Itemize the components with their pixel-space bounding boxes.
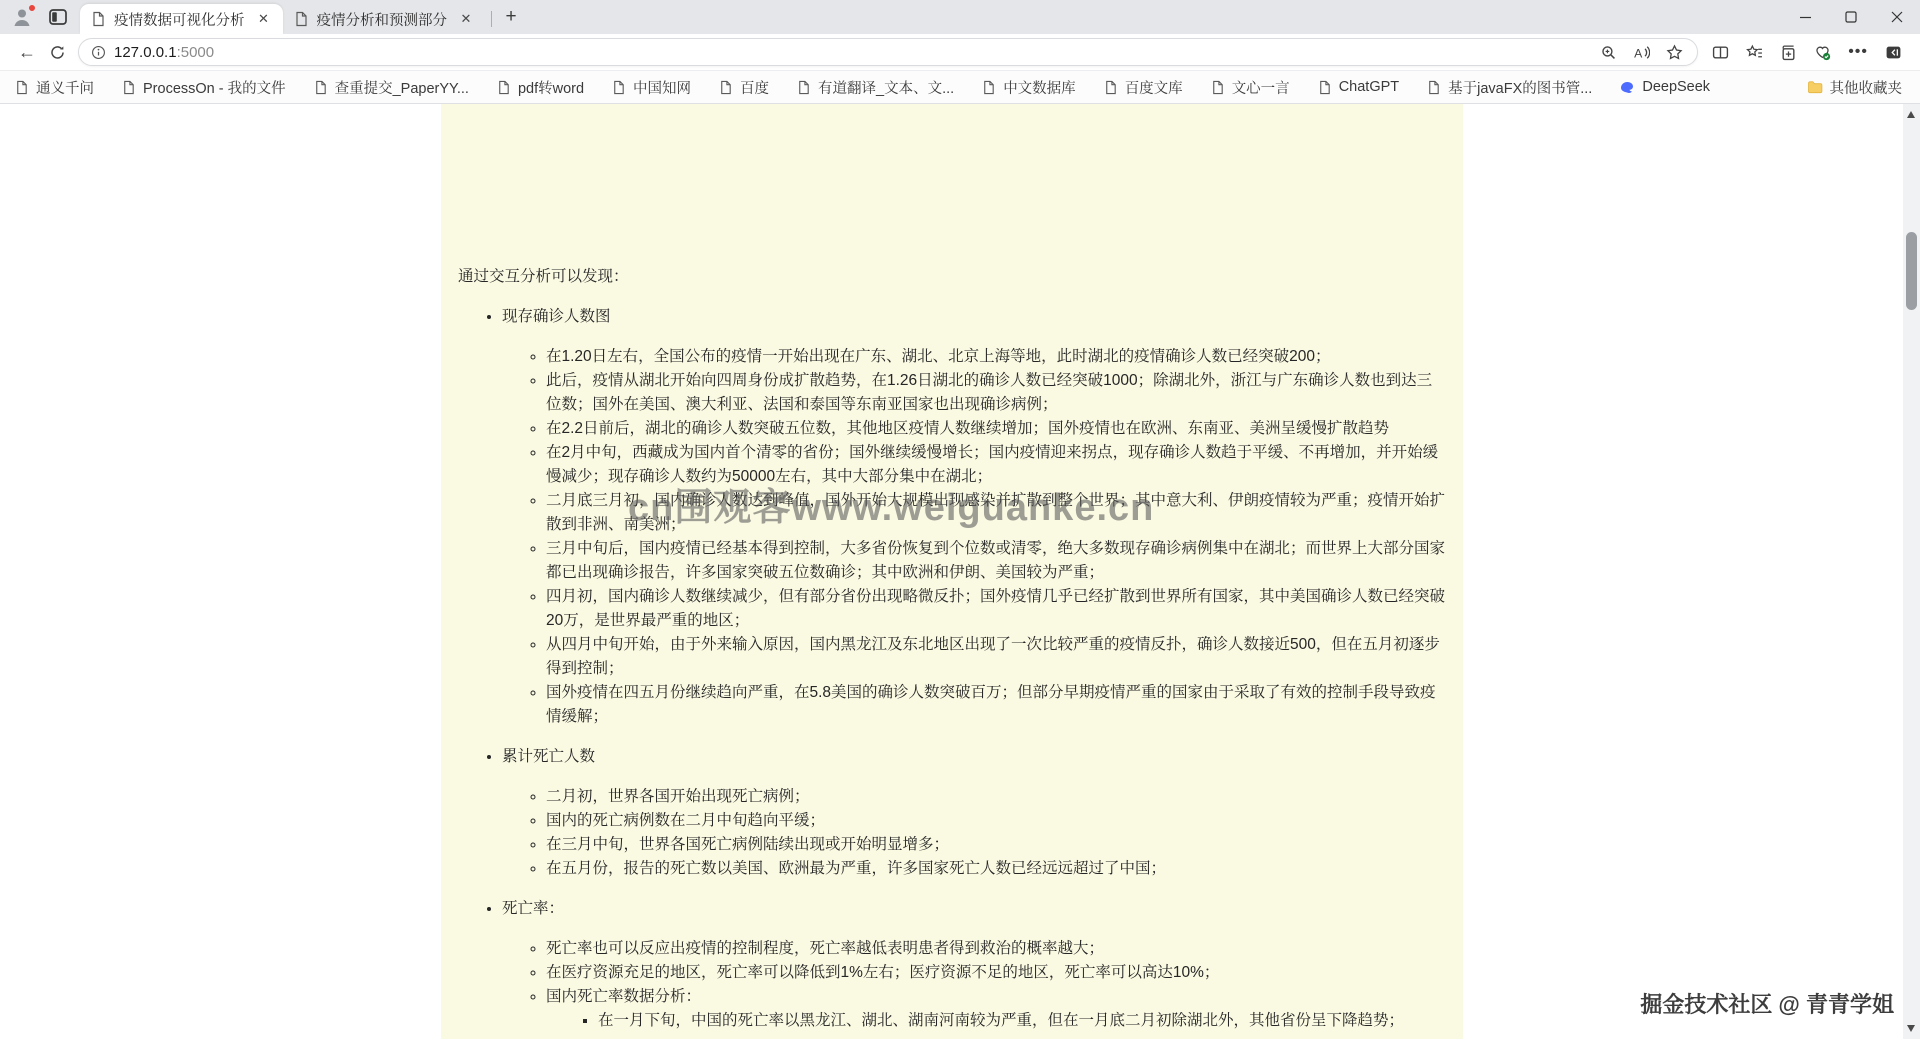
bookmark-label: ProcessOn - 我的文件 <box>143 77 286 98</box>
list-item: 三月中旬后，国内疫情已经基本得到控制，大多省份恢复到个位数或清零，绝大多数现存确… <box>546 537 1445 585</box>
deepseek-icon <box>1619 79 1635 95</box>
list-item: 在1.20日左右，全国公布的疫情一开始出现在广东、湖北、北京上海等地，此时湖北的… <box>546 345 1445 369</box>
browser-essentials-icon[interactable] <box>1814 44 1831 61</box>
list-item: 在医疗资源充足的地区，死亡率可以降低到1%左右；医疗资源不足的地区，死亡率可以高… <box>546 961 1445 985</box>
page-icon <box>496 80 511 95</box>
notification-dot <box>28 4 36 12</box>
refresh-icon <box>49 44 66 61</box>
page-icon <box>1103 80 1118 95</box>
bookmark-item[interactable]: 中国知网 <box>611 77 691 98</box>
document-sheet: 通过交互分析可以发现： 现存确诊人数图在1.20日左右，全国公布的疫情一开始出现… <box>441 104 1463 1039</box>
bookmark-label: 查重提交_PaperYY... <box>335 77 469 98</box>
list-item: 在五月份，报告的死亡数以美国、欧洲最为严重，许多国家死亡人数已经远远超过了中国； <box>546 857 1445 881</box>
bookmark-item[interactable]: ChatGPT <box>1317 79 1399 95</box>
list-item-text: 在五月份，报告的死亡数以美国、欧洲最为严重，许多国家死亡人数已经远远超过了中国； <box>546 860 1166 877</box>
list-item-text: 在1.20日左右，全国公布的疫情一开始出现在广东、湖北、北京上海等地，此时湖北的… <box>546 348 1331 365</box>
window-minimize-button[interactable] <box>1782 0 1828 34</box>
read-aloud-icon[interactable]: A <box>1633 44 1650 61</box>
page-icon <box>1317 80 1332 95</box>
bookmark-item[interactable]: 有道翻译_文本、文... <box>796 77 954 98</box>
favorites-list-icon[interactable] <box>1746 44 1763 61</box>
maximize-icon <box>1845 11 1857 23</box>
folder-icon <box>1807 79 1823 95</box>
list-item: 死亡率也可以反应出疫情的控制程度，死亡率越低表明患者得到救治的概率越大； <box>546 937 1445 961</box>
scroll-up-arrow-icon[interactable] <box>1907 111 1915 118</box>
bookmark-item[interactable]: pdf转word <box>496 77 584 98</box>
zoom-icon[interactable] <box>1600 44 1617 61</box>
page-icon <box>1210 80 1225 95</box>
list-item: 四月初，国内确诊人数继续减少，但有部分省份出现略微反扑；国外疫情几乎已经扩散到世… <box>546 585 1445 633</box>
bullet-list-level2: 二月初，世界各国开始出现死亡病例；国内的死亡病例数在二月中旬趋向平缓；在三月中旬… <box>502 785 1445 881</box>
bookmark-item[interactable]: 基于javaFX的图书管... <box>1426 77 1592 98</box>
document-content: 通过交互分析可以发现： 现存确诊人数图在1.20日左右，全国公布的疫情一开始出现… <box>441 104 1463 1033</box>
page-icon <box>1426 80 1441 95</box>
list-item-text: 在医疗资源充足的地区，死亡率可以降低到1%左右；医疗资源不足的地区，死亡率可以高… <box>546 964 1219 981</box>
page-icon <box>611 80 626 95</box>
bookmark-label: 通义千问 <box>36 77 94 98</box>
list-item: 国内的死亡病例数在二月中旬趋向平缓； <box>546 809 1445 833</box>
bookmark-label: ChatGPT <box>1339 79 1399 95</box>
tab-close-icon[interactable]: ✕ <box>255 10 273 28</box>
list-item: 二月初，世界各国开始出现死亡病例； <box>546 785 1445 809</box>
page-icon <box>313 80 328 95</box>
bookmarks-bar: 通义千问ProcessOn - 我的文件查重提交_PaperYY...pdf转w… <box>0 71 1920 104</box>
sub-list-item: 在一月下旬，中国的死亡率以黑龙江、湖北、湖南河南较为严重，但在一月底二月初除湖北… <box>598 1009 1445 1033</box>
page-icon <box>90 11 106 27</box>
bookmark-label: 百度 <box>740 77 769 98</box>
tab-separator <box>491 11 492 27</box>
bullet-list-level3: 在一月下旬，中国的死亡率以黑龙江、湖北、湖南河南较为严重，但在一月底二月初除湖北… <box>546 1009 1445 1033</box>
page-icon <box>14 80 29 95</box>
bookmark-item[interactable]: 文心一言 <box>1210 77 1290 98</box>
site-info-icon[interactable] <box>91 45 106 60</box>
list-item: 从四月中旬开始，由于外来输入原因，国内黑龙江及东北地区出现了一次比较严重的疫情反… <box>546 633 1445 681</box>
bookmark-label: 中文数据库 <box>1003 77 1076 98</box>
url-text[interactable]: 127.0.0.1:5000 <box>114 44 1600 61</box>
sidebar-toggle-icon[interactable] <box>1885 44 1902 61</box>
bookmark-label: 中国知网 <box>633 77 691 98</box>
list-item: 在2.2日前后，湖北的确诊人数突破五位数，其他地区疫情人数继续增加；国外疫情也在… <box>546 417 1445 441</box>
list-item-text: 在2.2日前后，湖北的确诊人数突破五位数，其他地区疫情人数继续增加；国外疫情也在… <box>546 420 1389 437</box>
bookmark-label: DeepSeek <box>1642 79 1710 95</box>
back-button[interactable]: ← <box>12 37 42 67</box>
intro-paragraph: 通过交互分析可以发现： <box>458 265 1445 289</box>
other-favorites-label: 其他收藏夹 <box>1830 77 1903 98</box>
other-favorites-folder[interactable]: 其他收藏夹 <box>1807 77 1903 98</box>
browser-toolbar: ← 127.0.0.1:5000 A <box>0 34 1920 71</box>
page-icon <box>121 80 136 95</box>
tab-inactive[interactable]: 疫情分析和预测部分 ✕ <box>283 4 486 34</box>
bookmark-item[interactable]: 通义千问 <box>14 77 94 98</box>
bullet-list-level1: 现存确诊人数图在1.20日左右，全国公布的疫情一开始出现在广东、湖北、北京上海等… <box>441 305 1445 1033</box>
list-item-text: 二月初，世界各国开始出现死亡病例； <box>546 788 810 805</box>
bookmark-label: 文心一言 <box>1232 77 1290 98</box>
list-item-text: 此后，疫情从湖北开始向四周身份成扩散趋势，在1.26日湖北的确诊人数已经突破10… <box>546 372 1432 413</box>
watermark-center: cn围观客www.weiguanke.cn <box>628 476 1154 531</box>
page-viewport: 通过交互分析可以发现： 现存确诊人数图在1.20日左右，全国公布的疫情一开始出现… <box>0 104 1920 1039</box>
list-item-text: 四月初，国内确诊人数继续减少，但有部分省份出现略微反扑；国外疫情几乎已经扩散到世… <box>546 588 1445 629</box>
tab-actions-icon[interactable] <box>48 7 68 27</box>
section-title: 累计死亡人数 <box>502 748 595 765</box>
tab-title: 疫情分析和预测部分 <box>317 9 448 30</box>
minimize-icon <box>1799 11 1812 24</box>
bookmark-label: 百度文库 <box>1125 77 1183 98</box>
list-item-text: 在三月中旬，世界各国死亡病例陆续出现或开始明显增多； <box>546 836 949 853</box>
window-close-button[interactable] <box>1874 0 1920 34</box>
tab-active[interactable]: 疫情数据可视化分析 ✕ <box>80 4 283 34</box>
page-icon <box>796 80 811 95</box>
favorite-star-icon[interactable] <box>1666 44 1683 61</box>
page-icon <box>718 80 733 95</box>
list-item-text: 国外疫情在四五月份继续趋向严重，在5.8美国的确诊人数突破百万；但部分早期疫情严… <box>546 684 1436 725</box>
analysis-sections: 现存确诊人数图在1.20日左右，全国公布的疫情一开始出现在广东、湖北、北京上海等… <box>441 305 1445 1033</box>
page-icon <box>293 11 309 27</box>
window-maximize-button[interactable] <box>1828 0 1874 34</box>
bookmark-label: 基于javaFX的图书管... <box>1448 77 1592 98</box>
section-title: 现存确诊人数图 <box>502 308 611 325</box>
svg-text:A: A <box>1634 46 1643 60</box>
bookmark-item[interactable]: 百度 <box>718 77 769 98</box>
watermark-corner: 掘金技术社区 @ 青青学姐 <box>1640 988 1894 1019</box>
list-item: 国外疫情在四五月份继续趋向严重，在5.8美国的确诊人数突破百万；但部分早期疫情严… <box>546 681 1445 729</box>
scrollbar-thumb[interactable] <box>1906 232 1917 310</box>
bullet-list-level2: 在1.20日左右，全国公布的疫情一开始出现在广东、湖北、北京上海等地，此时湖北的… <box>502 345 1445 729</box>
list-item: 国内死亡率数据分析：在一月下旬，中国的死亡率以黑龙江、湖北、湖南河南较为严重，但… <box>546 985 1445 1033</box>
scroll-down-arrow-icon[interactable] <box>1907 1025 1915 1032</box>
list-item-text: 死亡率也可以反应出疫情的控制程度，死亡率越低表明患者得到救治的概率越大； <box>546 940 1104 957</box>
page-icon <box>981 80 996 95</box>
list-item-text: 国内的死亡病例数在二月中旬趋向平缓； <box>546 812 825 829</box>
tab-strip: 疫情数据可视化分析 ✕ 疫情分析和预测部分 ✕ + <box>0 0 1920 34</box>
bookmark-item[interactable]: ProcessOn - 我的文件 <box>121 77 286 98</box>
tab-close-icon[interactable]: ✕ <box>457 10 475 28</box>
bookmark-item[interactable]: 查重提交_PaperYY... <box>313 77 469 98</box>
split-screen-icon[interactable] <box>1712 44 1729 61</box>
tab-title: 疫情数据可视化分析 <box>114 9 245 30</box>
list-item-text: 从四月中旬开始，由于外来输入原因，国内黑龙江及东北地区出现了一次比较严重的疫情反… <box>546 636 1440 677</box>
refresh-button[interactable] <box>42 37 72 67</box>
profile-avatar[interactable] <box>10 5 34 29</box>
settings-more-icon[interactable]: ••• <box>1848 47 1868 57</box>
new-tab-button[interactable]: + <box>498 5 524 31</box>
list-item-text: 国内死亡率数据分析： <box>546 988 701 1005</box>
section-item: 死亡率：死亡率也可以反应出疫情的控制程度，死亡率越低表明患者得到救治的概率越大；… <box>502 897 1445 1033</box>
bullet-list-level2: 死亡率也可以反应出疫情的控制程度，死亡率越低表明患者得到救治的概率越大；在医疗资… <box>502 937 1445 1033</box>
bookmarks-list: 通义千问ProcessOn - 我的文件查重提交_PaperYY...pdf转w… <box>14 77 1737 98</box>
bookmark-label: pdf转word <box>518 77 584 98</box>
list-item: 在三月中旬，世界各国死亡病例陆续出现或开始明显增多； <box>546 833 1445 857</box>
vertical-scrollbar[interactable] <box>1903 104 1920 1039</box>
section-item: 累计死亡人数二月初，世界各国开始出现死亡病例；国内的死亡病例数在二月中旬趋向平缓… <box>502 745 1445 881</box>
address-bar[interactable]: 127.0.0.1:5000 A <box>78 38 1698 66</box>
list-item: 此后，疫情从湖北开始向四周身份成扩散趋势，在1.26日湖北的确诊人数已经突破10… <box>546 369 1445 417</box>
url-port: :5000 <box>177 44 215 61</box>
bookmark-item[interactable]: DeepSeek <box>1619 79 1710 95</box>
url-host: 127.0.0.1 <box>114 44 177 61</box>
bookmark-item[interactable]: 百度文库 <box>1103 77 1183 98</box>
bookmark-item[interactable]: 中文数据库 <box>981 77 1076 98</box>
close-icon <box>1891 11 1903 23</box>
bookmark-label: 有道翻译_文本、文... <box>818 77 954 98</box>
list-item-text: 三月中旬后，国内疫情已经基本得到控制，大多省份恢复到个位数或清零，绝大多数现存确… <box>546 540 1445 581</box>
collections-icon[interactable] <box>1780 44 1797 61</box>
section-title: 死亡率： <box>502 900 564 917</box>
